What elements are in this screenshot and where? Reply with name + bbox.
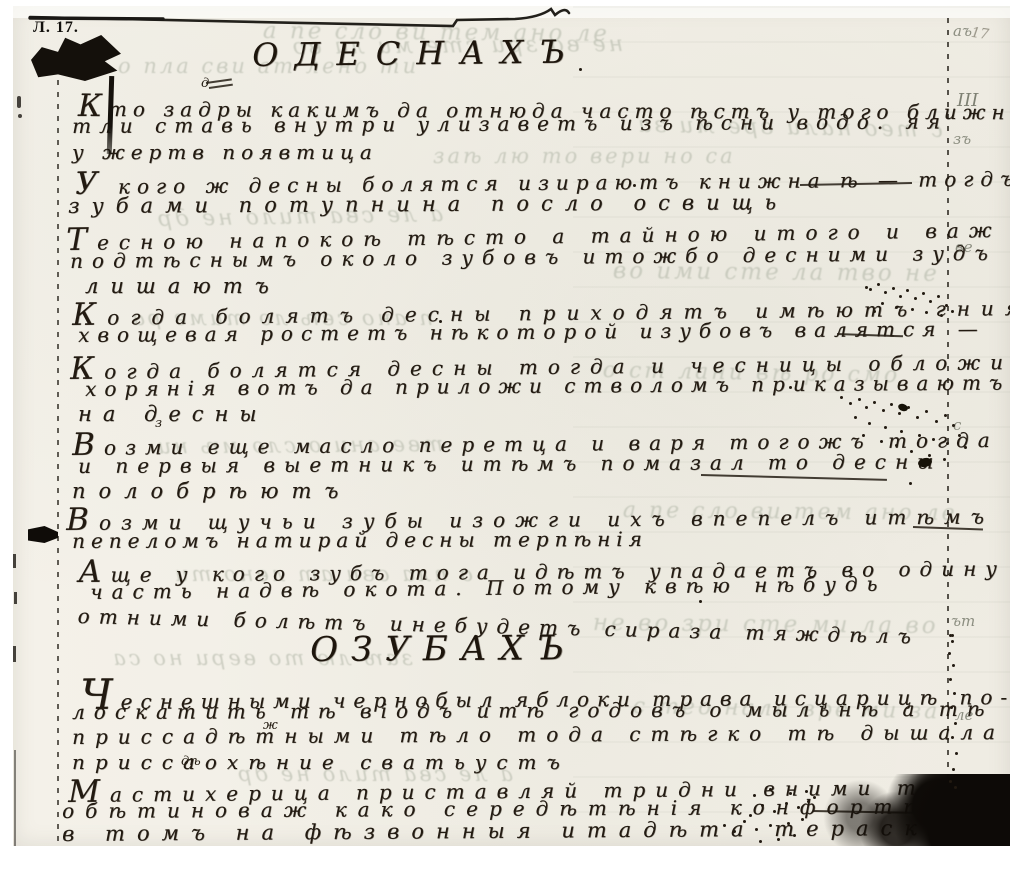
margin-bleed-mark: ът (951, 612, 975, 630)
manuscript-line: приссадѣтными тѣло тода стѣгко тѣ дышала (72, 720, 1005, 749)
scan-edge-mark (13, 554, 16, 568)
stray-dots (579, 68, 582, 71)
superscript-letter: з (155, 416, 162, 431)
folio-label: Л. 17. (33, 19, 79, 37)
margin-bleed-mark: аъ (953, 22, 972, 40)
scan-edge-mark (17, 96, 21, 108)
manuscript-line: на десны (78, 402, 267, 426)
corner-page-mark: 17 (970, 25, 990, 43)
section-heading-gums: ОДЕСНАХЪ (252, 33, 581, 74)
scan-edge-mark (14, 592, 17, 604)
ink-speckles (813, 796, 816, 799)
section-heading-teeth: ОЗУБАХЪ (310, 628, 577, 670)
manuscript-scan: а пе сло ви тем ано ле не во зри сте ми … (0, 0, 1010, 869)
margin-marker (28, 526, 58, 543)
ink-blot (808, 774, 1010, 846)
left-margin-rule (57, 80, 59, 844)
manuscript-line: и первыя выетникъ итѣмъ помазал то десны (78, 449, 942, 478)
ink-speckles (949, 634, 952, 637)
manuscript-line: пепеломъ натирай десны терпѣнія (72, 527, 648, 553)
ink-speckles (840, 396, 843, 399)
manuscript-line: тли ставь внутри улизаветъ изъ ѣсни водо… (72, 109, 948, 138)
scan-edge-mark (18, 114, 22, 118)
superscript-letter: ж (263, 718, 278, 733)
scanned-page: а пе сло ви тем ано ле не во зри сте ми … (13, 6, 1010, 846)
scan-edge-mark (14, 750, 16, 846)
pen-stroke (206, 78, 232, 84)
manuscript-line: у жертв появтица (72, 140, 378, 164)
scan-edge-mark (13, 646, 16, 662)
superscript-letter: дѣ (181, 754, 201, 769)
ink-speckles (865, 286, 868, 289)
margin-bleed-mark: зъ (953, 130, 971, 148)
